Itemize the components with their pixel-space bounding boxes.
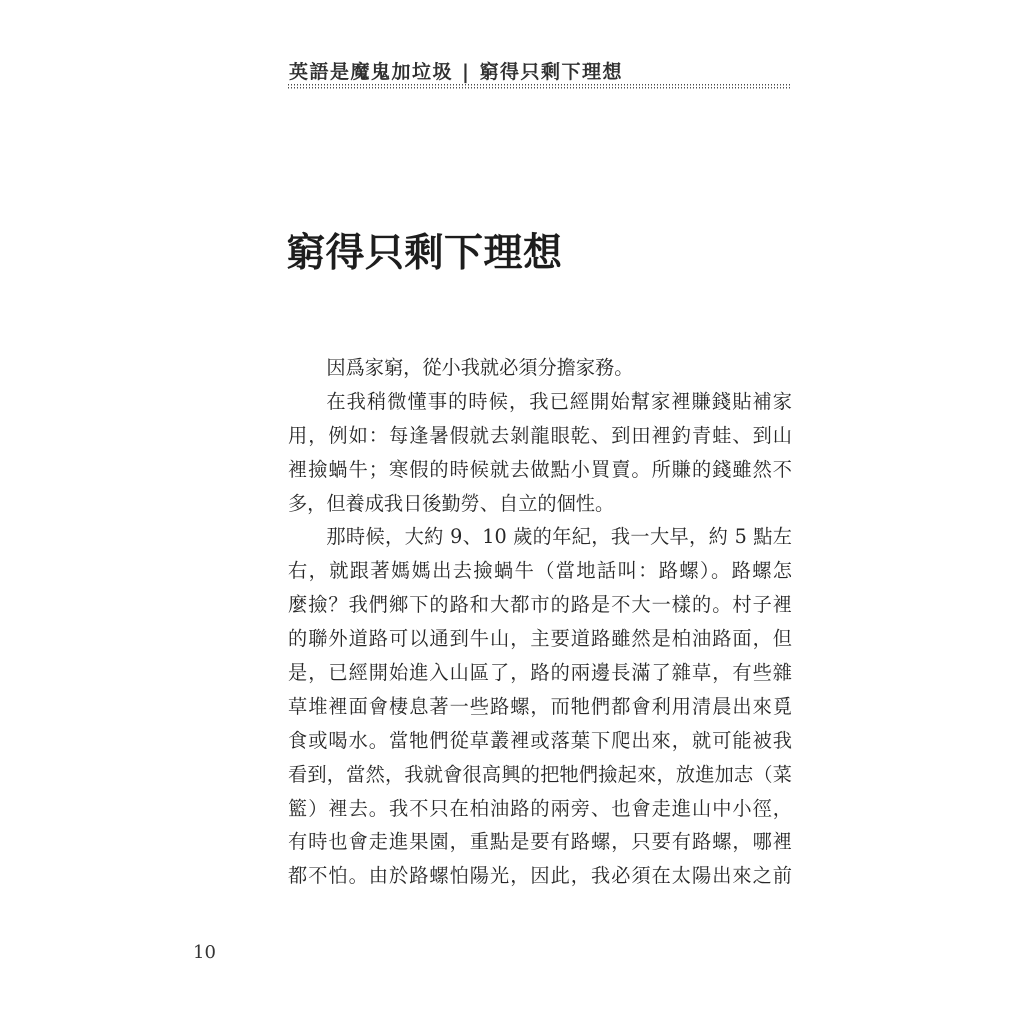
body-text-line: 看到，當然，我就會很高興的把牠們撿起來，放進加志（菜 <box>288 758 792 792</box>
body-text-line: 那時候，大約 9、10 歲的年紀，我一大早，約 5 點左 <box>288 520 792 554</box>
body-text-line: 在我稍微懂事的時候，我已經開始幫家裡賺錢貼補家 <box>288 385 792 419</box>
header-dotted-rule <box>288 84 791 89</box>
book-page: 英語是魔鬼加垃圾|窮得只剩下理想 窮得只剩下理想 因爲家窮，從小我就必須分擔家務… <box>0 0 1024 1024</box>
body-text-line: 有時也會走進果園，重點是要有路螺，只要有路螺，哪裡 <box>288 825 792 859</box>
running-header-book-title: 英語是魔鬼加垃圾 <box>289 61 453 83</box>
body-text: 因爲家窮，從小我就必須分擔家務。 在我稍微懂事的時候，我已經開始幫家裡賺錢貼補家… <box>288 351 792 893</box>
body-text-line: 右，就跟著媽媽出去撿蝸牛（當地話叫：路螺）。路螺怎 <box>288 554 792 588</box>
body-text-line: 草堆裡面會棲息著一些路螺，而牠們都會利用清晨出來覓 <box>288 690 792 724</box>
body-text-line: 裡撿蝸牛；寒假的時候就去做點小買賣。所賺的錢雖然不 <box>288 453 792 487</box>
body-text-line: 食或喝水。當牠們從草叢裡或落葉下爬出來，就可能被我 <box>288 724 792 758</box>
running-header-chapter-title: 窮得只剩下理想 <box>479 61 623 83</box>
body-text-line: 都不怕。由於路螺怕陽光，因此，我必須在太陽出來之前 <box>288 859 792 893</box>
running-header: 英語是魔鬼加垃圾|窮得只剩下理想 <box>289 57 623 84</box>
body-text-line: 的聯外道路可以通到牛山，主要道路雖然是柏油路面，但 <box>288 622 792 656</box>
body-text-line: 麼撿？我們鄉下的路和大都市的路是不大一樣的。村子裡 <box>288 588 792 622</box>
body-text-line: 用，例如：每逢暑假就去剝龍眼乾、到田裡釣青蛙、到山 <box>288 419 792 453</box>
running-header-separator: | <box>462 60 470 83</box>
body-text-line: 籃）裡去。我不只在柏油路的兩旁、也會走進山中小徑， <box>288 792 792 826</box>
body-text-line: 因爲家窮，從小我就必須分擔家務。 <box>288 351 792 385</box>
page-number: 10 <box>193 942 216 963</box>
body-text-line: 多，但養成我日後勤勞、自立的個性。 <box>288 487 792 521</box>
body-text-line: 是，已經開始進入山區了，路的兩邊長滿了雜草，有些雜 <box>288 656 792 690</box>
chapter-title: 窮得只剩下理想 <box>286 222 563 278</box>
